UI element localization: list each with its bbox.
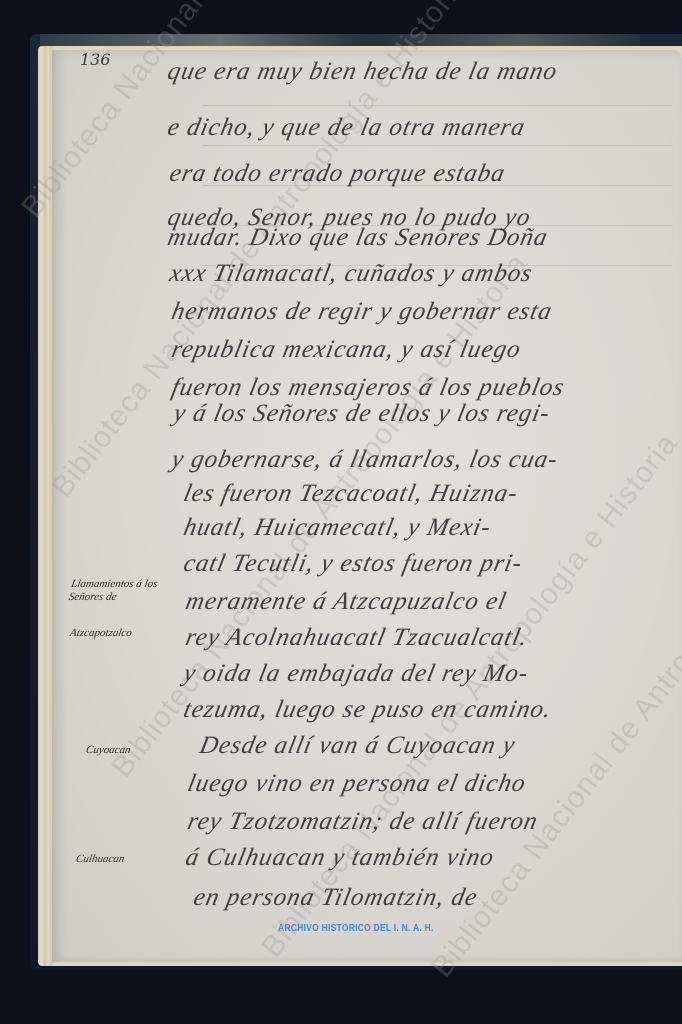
text-line: fueron los mensajeros á los pueblos	[169, 374, 567, 402]
text-line: en persona Tilomatzin, de	[191, 884, 480, 912]
margin-note: Cuyoacan	[85, 744, 132, 757]
folio-number: 136	[80, 50, 111, 69]
text-line: e dicho, y que de la otra manera	[165, 114, 528, 142]
margin-note: Atzcapotzalco	[69, 627, 133, 640]
text-line: y oida la embajada del rey Mo-	[181, 660, 531, 688]
text-line: meramente á Atzcapuzalco el	[183, 588, 509, 616]
text-line: que era muy bien hecha de la mano	[165, 58, 560, 86]
text-line: huatl, Huicamecatl, y Mexi-	[181, 514, 494, 542]
ruled-line	[202, 105, 672, 106]
text-line: rey Tzotzomatzin; de allí fueron	[185, 808, 541, 836]
text-line: republica mexicana, y así luego	[169, 336, 524, 364]
text-line: tezuma, luego se puso en camino.	[181, 696, 554, 724]
text-line: hermanos de regir y gobernar esta	[169, 298, 555, 326]
text-line: y gobernarse, á llamarlos, los cua-	[169, 446, 561, 474]
ruled-line	[202, 145, 672, 146]
text-line: era todo errado porque estaba	[167, 160, 508, 188]
text-line: á Culhuacan y también vino	[183, 844, 497, 872]
archive-stamp: ARCHIVO HISTORICO DEL I. N. A. H.	[278, 923, 434, 934]
text-line: y á los Señores de ellos y los regi-	[171, 400, 553, 428]
text-line: Desde allí van á Cuyoacan y	[197, 732, 518, 760]
margin-note: Culhuacan	[75, 853, 126, 866]
text-line: luego vino en persona el dicho	[185, 770, 529, 798]
text-line: catl Tecutli, y estos fueron pri-	[181, 550, 525, 578]
text-line: mudar. Dixo que las Senores Doña	[165, 224, 551, 252]
margin-note: Llamamientos á los Señores de	[68, 578, 173, 604]
text-line: xxx Tilamacatl, cuñados y ambos	[167, 260, 535, 288]
text-line: rey Acolnahuacatl Tzacualcatl.	[183, 624, 531, 652]
text-line: les fueron Tezcacoatl, Huizna-	[181, 480, 521, 508]
